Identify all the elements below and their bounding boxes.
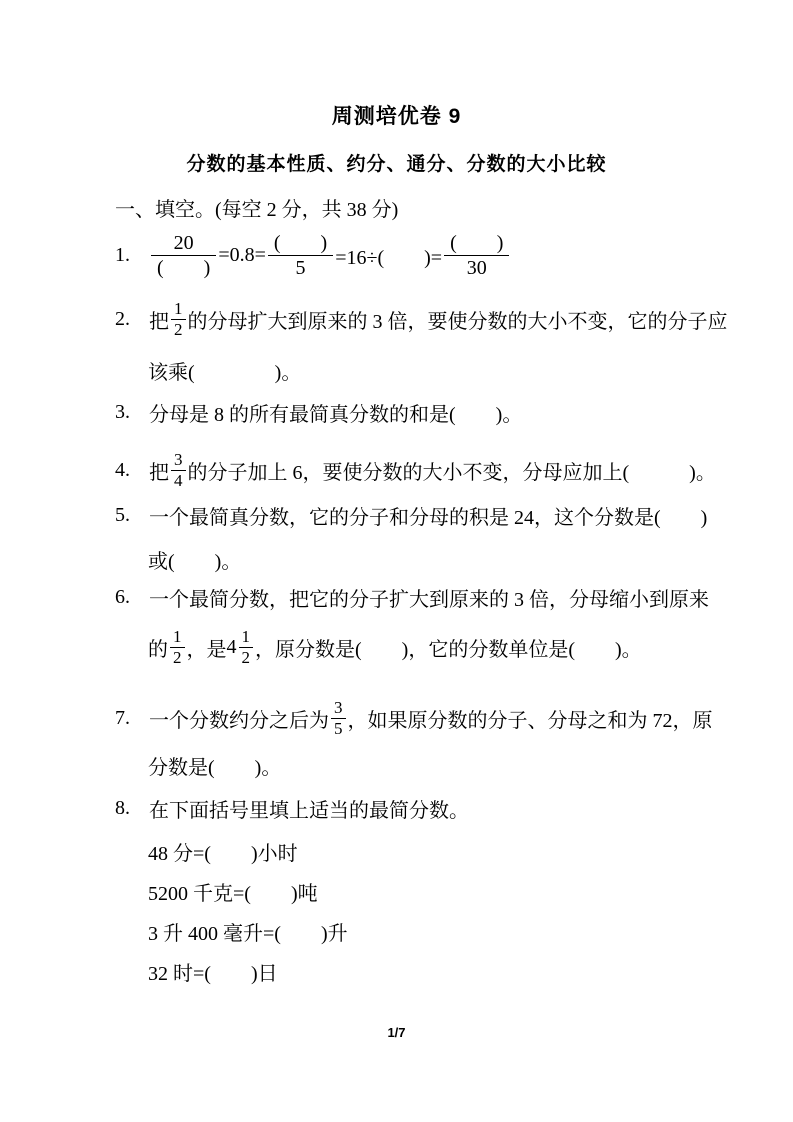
fraction-numerator: 1 (171, 299, 186, 319)
fraction-denominator: 2 (171, 320, 186, 339)
fraction-blank-over-5: ( ) 5 (268, 231, 333, 280)
question-1: 1. 20 ( ) =0.8= ( ) 5 =16÷( )= ( ) 30 (115, 224, 511, 286)
question-text: ，原分数是( )，它的分数单位是( )。 (255, 633, 642, 662)
question-text: 一个分数约分之后为 (149, 704, 329, 733)
question-8-item-3: 3 升 400 毫升=( )升 (148, 917, 348, 946)
question-6-number: 6. (115, 586, 149, 609)
fraction-denominator: 5 (331, 719, 346, 738)
question-8-item-1: 48 分=( )小时 (148, 837, 298, 866)
fraction-denominator: 2 (170, 648, 185, 667)
fraction-denominator: 5 (268, 256, 333, 280)
page-title: 周测培优卷 9 (0, 100, 793, 130)
fraction-numerator: 3 (171, 450, 186, 470)
question-text: ，如果原分数的分子、分母之和为 72，原 (348, 704, 713, 733)
fraction-3-over-4: 3 4 (171, 450, 186, 489)
fraction-denominator: 2 (239, 648, 254, 667)
question-8-item-2: 5200 千克=( )吨 (148, 877, 318, 906)
fraction-numerator: 1 (170, 627, 185, 647)
fraction-blank-over-30: ( ) 30 (444, 231, 509, 280)
question-3: 3. 分母是 8 的所有最简真分数的和是( )。 (115, 398, 522, 427)
question-7-number: 7. (115, 707, 149, 730)
fraction-numerator: ( ) (268, 231, 333, 256)
question-text: 把 (149, 305, 169, 334)
question-text: 分母是 8 的所有最简真分数的和是( )。 (149, 398, 522, 427)
question-8-item-4: 32 时=( )日 (148, 957, 278, 986)
question-1-number: 1. (115, 244, 149, 267)
fraction-3-over-5: 3 5 (331, 698, 346, 737)
question-4: 4. 把 3 4 的分子加上 6，要使分数的大小不变，分母应加上( )。 (115, 440, 716, 500)
question-3-number: 3. (115, 401, 149, 424)
question-5-line-1: 5. 一个最简真分数，它的分子和分母的积是 24，这个分数是( ) (115, 501, 707, 530)
fraction-1-over-2: 1 2 (170, 627, 185, 666)
question-6-line-1: 6. 一个最简分数，把它的分子扩大到原来的 3 倍，分母缩小到原来 (115, 583, 709, 612)
equation-segment: =16÷( )= (335, 241, 442, 270)
fraction-20-over-blank: 20 ( ) (151, 231, 216, 280)
question-2-number: 2. (115, 308, 149, 331)
question-text: 一个最简分数，把它的分子扩大到原来的 3 倍，分母缩小到原来 (149, 583, 709, 612)
question-6-line-2: 的 1 2 ，是 4 1 2 ，原分数是( )，它的分数单位是( )。 (148, 618, 642, 676)
fraction-numerator: 1 (239, 627, 254, 647)
question-8-number: 8. (115, 797, 149, 820)
fraction-denominator: ( ) (151, 256, 216, 280)
fraction-1-over-2: 1 2 (171, 299, 186, 338)
fraction-1-over-2: 1 2 (239, 627, 254, 666)
fraction-denominator: 30 (444, 256, 509, 280)
question-7-line-1: 7. 一个分数约分之后为 3 5 ，如果原分数的分子、分母之和为 72，原 (115, 688, 713, 748)
page-number: 1/7 (0, 1025, 793, 1040)
fraction-numerator: ( ) (444, 231, 509, 256)
question-5-line-2: 或( )。 (148, 545, 241, 574)
question-4-number: 4. (115, 459, 149, 482)
question-text: 在下面括号里填上适当的最简分数。 (149, 794, 469, 823)
question-text: ，是 (187, 633, 227, 662)
question-2-line-1: 2. 把 1 2 的分母扩大到原来的 3 倍，要使分数的大小不变，它的分子应 (115, 290, 728, 348)
question-text: 的 (148, 633, 168, 662)
section-heading: 一、填空。(每空 2 分，共 38 分) (115, 193, 398, 222)
equation-segment: =0.8= (218, 244, 266, 267)
page-subtitle: 分数的基本性质、约分、通分、分数的大小比较 (0, 149, 793, 176)
question-2-line-2: 该乘( )。 (148, 356, 301, 385)
question-7-line-2: 分数是( )。 (148, 751, 281, 780)
question-8: 8. 在下面括号里填上适当的最简分数。 (115, 794, 469, 823)
question-text: 一个最简真分数，它的分子和分母的积是 24，这个分数是( ) (149, 501, 707, 530)
question-text: 的分子加上 6，要使分数的大小不变，分母应加上( )。 (188, 456, 716, 485)
fraction-denominator: 4 (171, 471, 186, 490)
fraction-numerator: 3 (331, 698, 346, 718)
question-text: 把 (149, 456, 169, 485)
question-5-number: 5. (115, 504, 149, 527)
fraction-numerator: 20 (151, 231, 216, 256)
question-text: 的分母扩大到原来的 3 倍，要使分数的大小不变，它的分子应 (188, 305, 728, 334)
mixed-number-whole: 4 (227, 636, 237, 659)
